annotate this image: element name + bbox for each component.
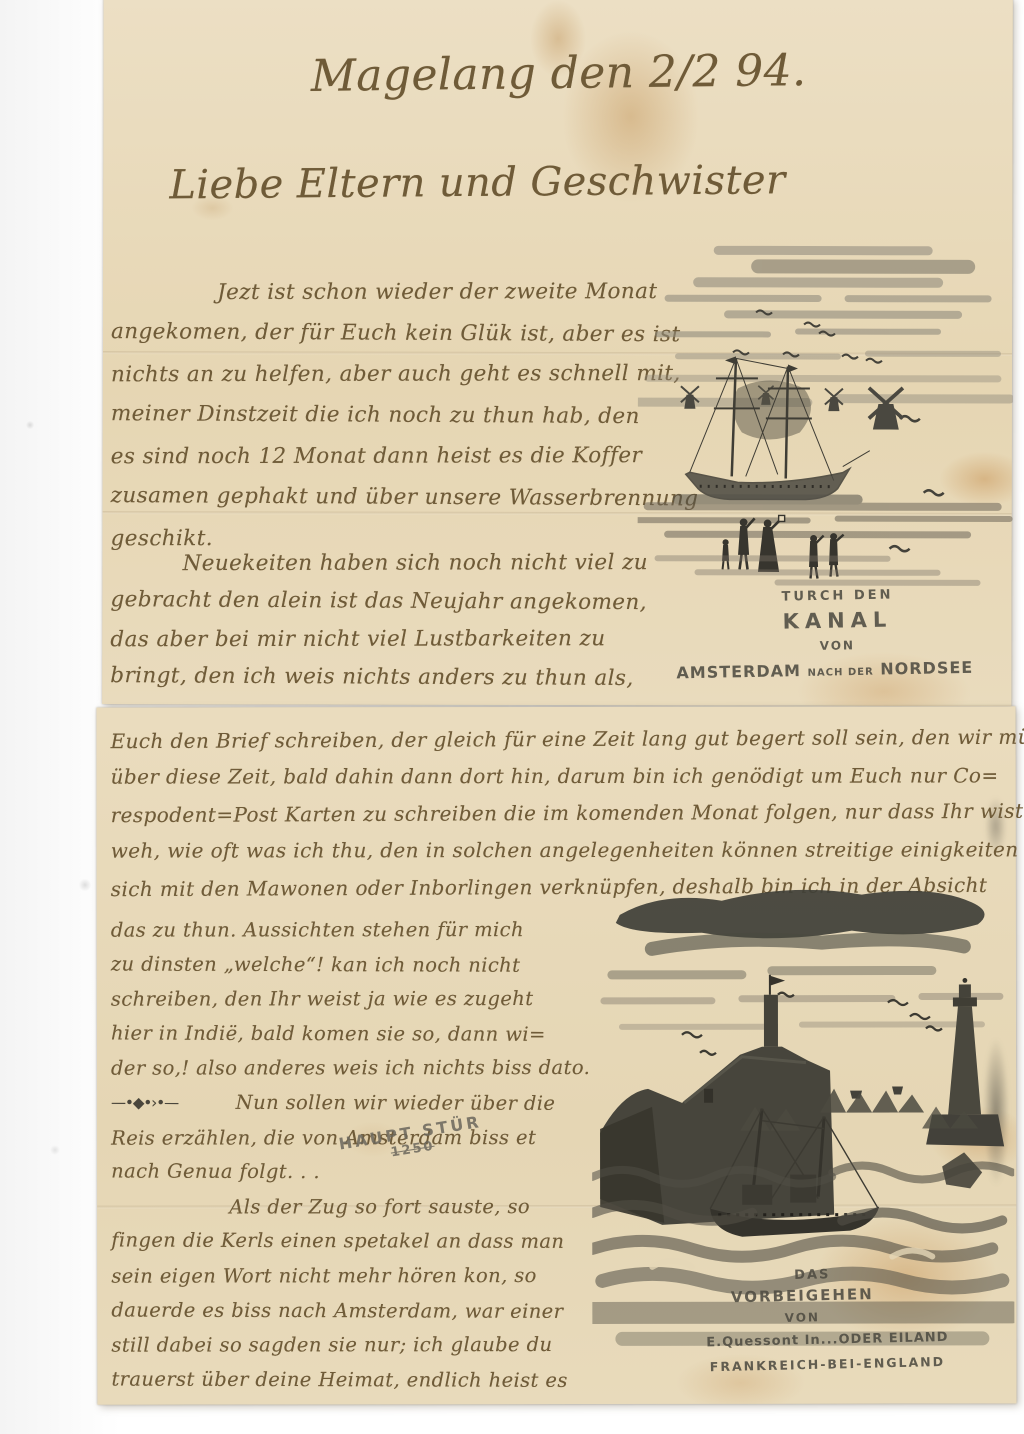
letter-line: Euch den Brief schreiben, der gleich für… bbox=[110, 719, 1006, 760]
letter-line: Neuekeiten haben sich noch nicht viel zu bbox=[111, 544, 671, 583]
canal-sketch-svg bbox=[638, 236, 1014, 587]
letter-line-with-ornament: —•◆•›•— Nun sollen wir wieder über die bbox=[111, 1085, 616, 1121]
canal-caption-line-1: TURCH DEN bbox=[727, 587, 947, 606]
letter-line: meiner Dinstzeit die ich noch zu thun ha… bbox=[111, 393, 671, 437]
letter-line: gebracht den alein ist das Neujahr angek… bbox=[110, 581, 670, 622]
waving-people bbox=[723, 515, 844, 578]
letter-line: der so,! also anderes weis ich nichts bi… bbox=[111, 1051, 616, 1086]
letter-line: das aber bei mir nicht viel Lustbarkeite… bbox=[110, 620, 670, 659]
letter-line: zu dinsten „welche“! kan ich noch nicht bbox=[111, 947, 616, 983]
letter-line: bringt, den ich weis nichts anders zu th… bbox=[110, 657, 670, 698]
letter-line: hier in Indië, bald komen sie so, dann w… bbox=[111, 1016, 616, 1052]
letter-sheet-1: Magelang den 2/2 94. Liebe Eltern und Ge… bbox=[102, 0, 1012, 706]
salutation-line: Liebe Eltern und Geschwister bbox=[169, 157, 789, 208]
letter-line: das zu thun. Aussichten stehen für mich bbox=[111, 913, 616, 948]
storm-sketch: DAS VORBEIGEHEN VON E.Quessont In...ODER… bbox=[592, 876, 1015, 1402]
letter-line: dauerde es biss nach Amsterdam, war eine… bbox=[111, 1293, 616, 1329]
canal-caption-line-2: KANAL bbox=[727, 607, 947, 635]
canal-sketch: TURCH DEN KANAL VON AMSTERDAM NACH DER N… bbox=[637, 236, 1013, 702]
letter-line: angekomen, der für Euch kein Glük ist, a… bbox=[111, 311, 671, 355]
letter-line: es sind noch 12 Monat dann heist es die … bbox=[111, 435, 671, 477]
letter-scan: Magelang den 2/2 94. Liebe Eltern und Ge… bbox=[0, 0, 1024, 1434]
water-strokes bbox=[638, 499, 1010, 535]
letter-line: trauerst über deine Heimat, endlich heis… bbox=[111, 1362, 616, 1398]
letter-sheet-2: Euch den Brief schreiben, der gleich für… bbox=[97, 706, 1017, 1404]
letter-line: über diese Zeit, bald dahin dann dort hi… bbox=[111, 757, 1007, 795]
letter-line: Als der Zug so fort sauste, so bbox=[111, 1190, 616, 1225]
letter-line: schreiben, den Ihr weist ja wie es zugeh… bbox=[111, 982, 616, 1017]
flourish-divider: —•◆•›•— bbox=[111, 1086, 229, 1121]
letter-line: still dabei so sagden sie nur; ich glaub… bbox=[111, 1328, 616, 1363]
letter-line: weh, wie oft was ich thu, den in solchen… bbox=[111, 831, 1007, 869]
letter-line: Nun sollen wir wieder über die bbox=[236, 1091, 556, 1115]
letter-line: zusamen gephakt und über unsere Wasserbr… bbox=[111, 475, 671, 519]
place-date-line: Magelang den 2/2 94. bbox=[243, 44, 874, 102]
paragraph-2: Neuekeiten haben sich noch nicht viel zu… bbox=[110, 544, 670, 697]
canal-caption-line-4: AMSTERDAM NACH DER NORDSEE bbox=[637, 657, 1012, 683]
caption-word: NACH DER bbox=[808, 667, 874, 679]
canal-caption-line-3: VON bbox=[727, 637, 947, 655]
letter-line: sein eigen Wort nicht mehr hören kon, so bbox=[111, 1259, 616, 1294]
letter-line: respodent=Post Karten zu schreiben die i… bbox=[111, 793, 1007, 834]
letter-line: Jezt ist schon wieder der zweite Monat bbox=[111, 271, 671, 313]
paragraph-1: Jezt ist schon wieder der zweite Monat a… bbox=[111, 271, 672, 559]
storm-caption-line-1: DAS bbox=[742, 1266, 882, 1284]
caption-word: NORDSEE bbox=[880, 658, 973, 679]
caption-word: AMSTERDAM bbox=[676, 661, 801, 682]
letter-line: fingen die Kerls einen spetakel an dass … bbox=[111, 1224, 616, 1260]
letter-line: nichts an zu helfen, aber auch geht es s… bbox=[111, 353, 671, 395]
